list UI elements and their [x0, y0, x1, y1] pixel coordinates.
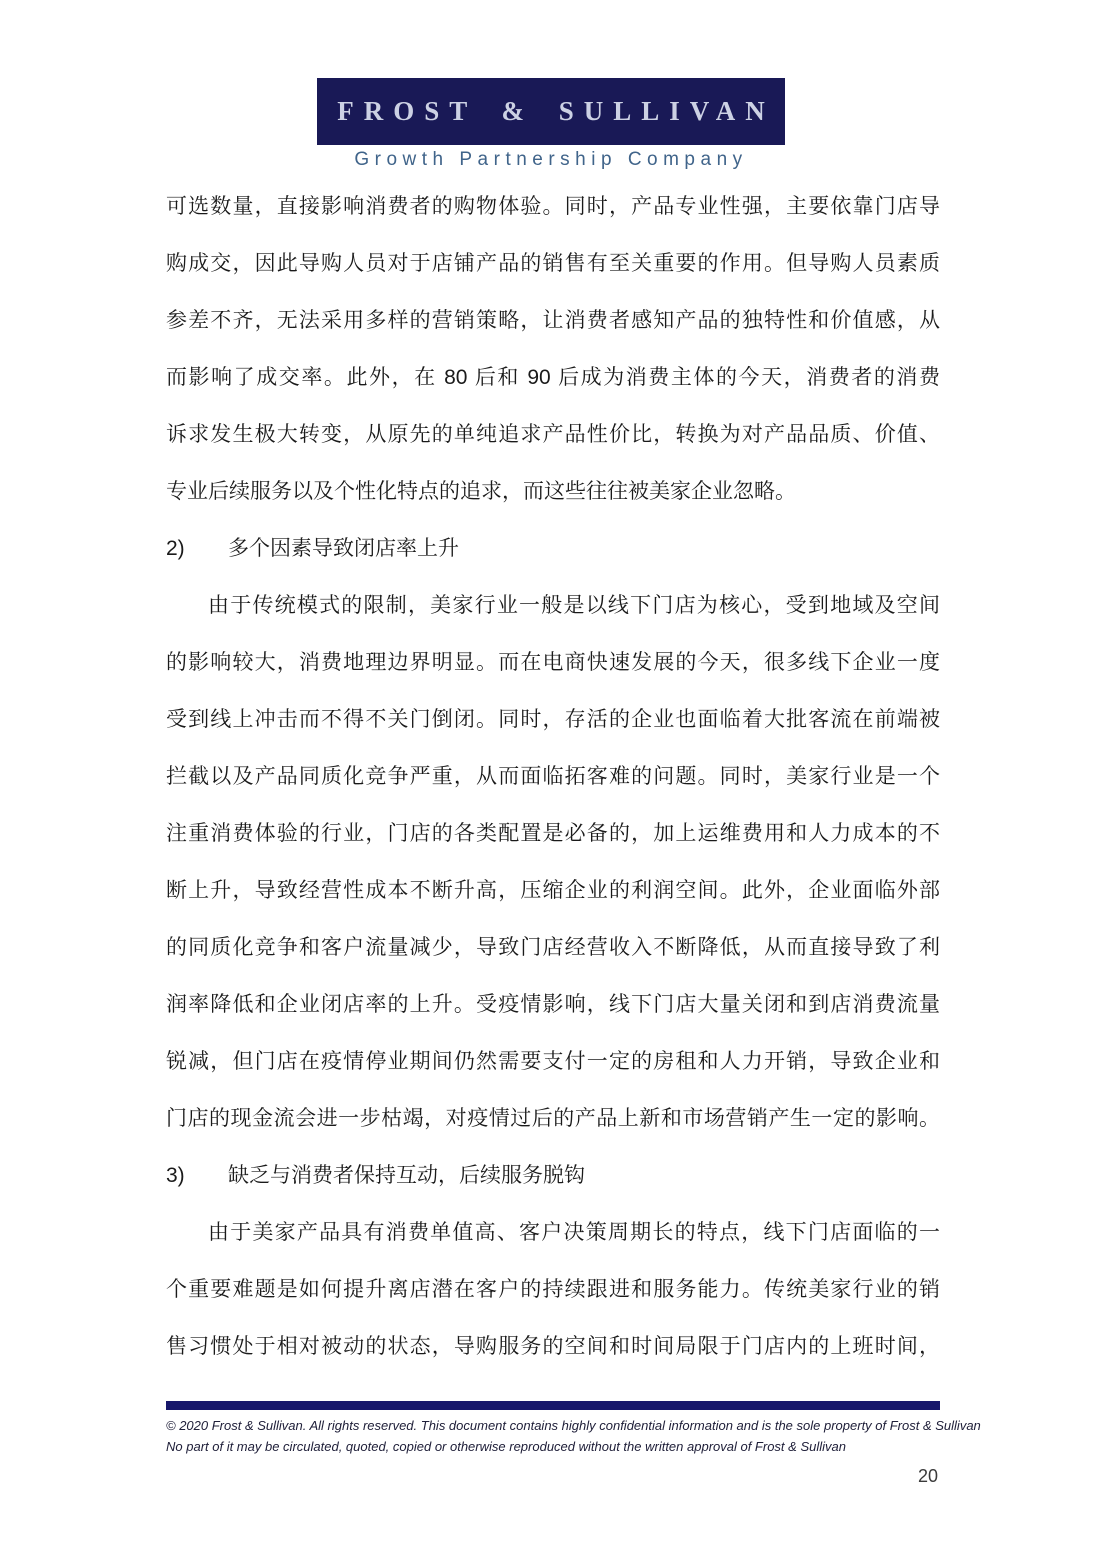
- body-line: 拦截以及产品同质化竞争严重，从而面临拓客难的问题。同时，美家行业是一个: [166, 748, 940, 805]
- logo-tagline: Growth Partnership Company: [0, 149, 1102, 171]
- body-line: 受到线上冲击而不得不关门倒闭。同时，存活的企业也面临着大批客流在前端被: [166, 691, 940, 748]
- section-title: 缺乏与消费者保持互动，后续服务脱钩: [228, 1164, 585, 1187]
- body-line: 专业后续服务以及个性化特点的追求，而这些往往被美家企业忽略。: [166, 463, 940, 520]
- footer-copyright-line1: © 2020 Frost & Sullivan. All rights rese…: [166, 1415, 940, 1436]
- body-line: 的影响较大，消费地理边界明显。而在电商快速发展的今天，很多线下企业一度: [166, 634, 940, 691]
- body-line: 可选数量，直接影响消费者的购物体验。同时，产品专业性强，主要依靠门店导: [166, 178, 940, 235]
- body-line: 的同质化竞争和客户流量减少，导致门店经营收入不断降低，从而直接导致了利: [166, 919, 940, 976]
- logo-text: FROST & SULLIVAN: [327, 96, 775, 127]
- company-logo: FROST & SULLIVAN: [317, 78, 785, 145]
- section-heading: 3)缺乏与消费者保持互动，后续服务脱钩: [166, 1147, 940, 1204]
- body-line: 诉求发生极大转变，从原先的单纯追求产品性价比，转换为对产品品质、价值、: [166, 406, 940, 463]
- footer-divider: [166, 1401, 940, 1410]
- page-number: 20: [166, 1466, 940, 1487]
- body-line: 锐减，但门店在疫情停业期间仍然需要支付一定的房租和人力开销，导致企业和: [166, 1033, 940, 1090]
- body-line: 参差不齐，无法采用多样的营销策略，让消费者感知产品的独特性和价值感，从: [166, 292, 940, 349]
- section-title: 多个因素导致闭店率上升: [228, 537, 459, 560]
- body-line: 而影响了成交率。此外，在 80 后和 90 后成为消费主体的今天，消费者的消费: [166, 349, 940, 406]
- body-line: 断上升，导致经营性成本不断升高，压缩企业的利润空间。此外，企业面临外部: [166, 862, 940, 919]
- page-footer: © 2020 Frost & Sullivan. All rights rese…: [166, 1401, 940, 1487]
- body-line: 个重要难题是如何提升离店潜在客户的持续跟进和服务能力。传统美家行业的销: [166, 1261, 940, 1318]
- body-line: 由于传统模式的限制，美家行业一般是以线下门店为核心，受到地域及空间: [166, 577, 940, 634]
- body-line: 由于美家产品具有消费单值高、客户决策周期长的特点，线下门店面临的一: [166, 1204, 940, 1261]
- footer-copyright-line2: No part of it may be circulated, quoted,…: [166, 1436, 940, 1457]
- body-line: 门店的现金流会进一步枯竭，对疫情过后的产品上新和市场营销产生一定的影响。: [166, 1090, 940, 1147]
- section-number: 2): [166, 520, 228, 577]
- body-line: 购成交，因此导购人员对于店铺产品的销售有至关重要的作用。但导购人员素质: [166, 235, 940, 292]
- body-line: 润率降低和企业闭店率的上升。受疫情影响，线下门店大量关闭和到店消费流量: [166, 976, 940, 1033]
- body-line: 售习惯处于相对被动的状态，导购服务的空间和时间局限于门店内的上班时间，: [166, 1318, 940, 1375]
- document-body: 可选数量，直接影响消费者的购物体验。同时，产品专业性强，主要依靠门店导购成交，因…: [166, 178, 940, 1375]
- body-line: 注重消费体验的行业，门店的各类配置是必备的，加上运维费用和人力成本的不: [166, 805, 940, 862]
- section-number: 3): [166, 1147, 228, 1204]
- document-page: FROST & SULLIVAN Growth Partnership Comp…: [0, 0, 1102, 1559]
- section-heading: 2)多个因素导致闭店率上升: [166, 520, 940, 577]
